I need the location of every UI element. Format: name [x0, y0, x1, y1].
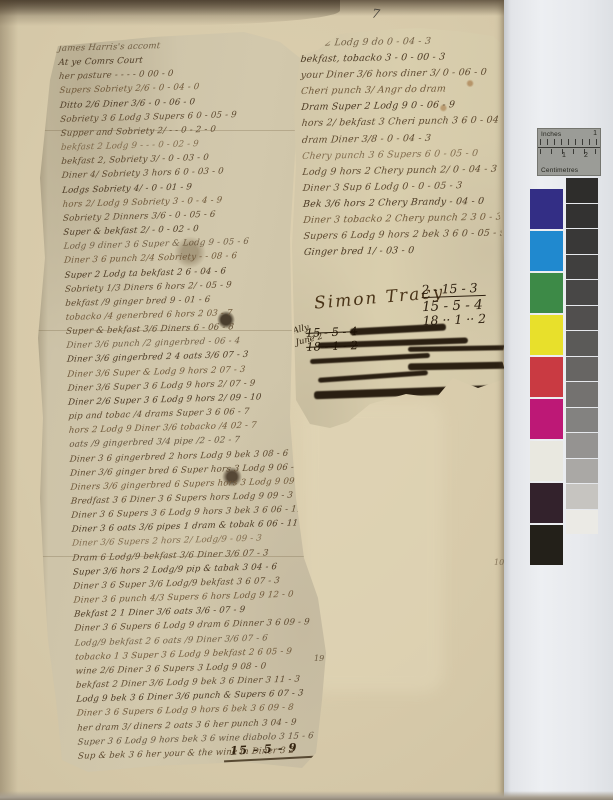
- ink-strikeout: [314, 385, 504, 400]
- ink-strikeout: [350, 323, 446, 335]
- album-top-left-curl-shadow: [0, 0, 340, 26]
- calibration-ruler: Inches 1 1 2 Centimetres: [537, 128, 601, 176]
- grayscale-step: [566, 459, 598, 484]
- color-patch: [530, 315, 563, 355]
- paper-edge-shading: [34, 28, 48, 776]
- grayscale-step: [566, 433, 598, 458]
- color-patch: [530, 189, 563, 229]
- sum-figures: 2 - 15 - 315 - 5 - 418 ·· 1 ·· 2: [421, 281, 486, 328]
- grayscale-step: [566, 382, 598, 407]
- cm-tick-number: 2: [584, 152, 588, 159]
- ink-strikeout: [408, 345, 508, 352]
- page-number: 7: [371, 6, 381, 22]
- grayscale-step: [566, 280, 598, 305]
- margin-annotation: 19: [314, 654, 324, 663]
- grayscale-step: [566, 178, 598, 203]
- grayscale-step: [566, 306, 598, 331]
- grayscale-step: [566, 484, 598, 509]
- grayscale-step: [566, 204, 598, 229]
- grayscale-step: [566, 255, 598, 280]
- color-patch: [530, 273, 563, 313]
- album-left-edge-shadow: [0, 0, 18, 800]
- color-patch-column: [530, 189, 563, 565]
- ruler-divider: [538, 147, 600, 148]
- ink-strikeout: [318, 370, 428, 383]
- cm-tick-number: 1: [562, 152, 566, 159]
- account-lines-right-column: hors 2 Lodg 9 do 0 - 04 - 3bekfast, toba…: [300, 32, 510, 261]
- grayscale-step: [566, 229, 598, 254]
- manuscript-left-fragment: James Harris's accomtAt ye Comrs Courthe…: [34, 28, 334, 776]
- grayscale-step: [566, 408, 598, 433]
- inches-label: Inches: [541, 131, 561, 138]
- color-patch: [530, 525, 563, 565]
- color-patch: [530, 483, 563, 523]
- color-patch: [530, 441, 563, 481]
- grayscale-step: [566, 331, 598, 356]
- color-calibration-strip: Inches 1 1 2 Centimetres: [504, 0, 613, 800]
- margin-annotation: 10: [494, 558, 504, 567]
- manuscript-right-fragment: hors 2 Lodg 9 do 0 - 04 - 3bekfast, toba…: [288, 26, 510, 436]
- cm-ticks: [540, 149, 598, 154]
- photo-bottom-edge: [0, 791, 613, 800]
- grayscale-step: [566, 510, 598, 535]
- centimetres-label: Centimetres: [541, 167, 578, 174]
- sum-row: 2 - 15 - 3: [421, 281, 485, 297]
- grayscale-step: [566, 357, 598, 382]
- grayscale-step-column: [566, 178, 598, 534]
- inch-tick-number: 1: [593, 130, 597, 137]
- color-patch: [530, 399, 563, 439]
- inch-ticks: [540, 139, 598, 145]
- color-patch: [530, 357, 563, 397]
- manuscript-line: Ginger bred 1/ - 03 - 0: [303, 242, 511, 262]
- color-patch: [530, 231, 563, 271]
